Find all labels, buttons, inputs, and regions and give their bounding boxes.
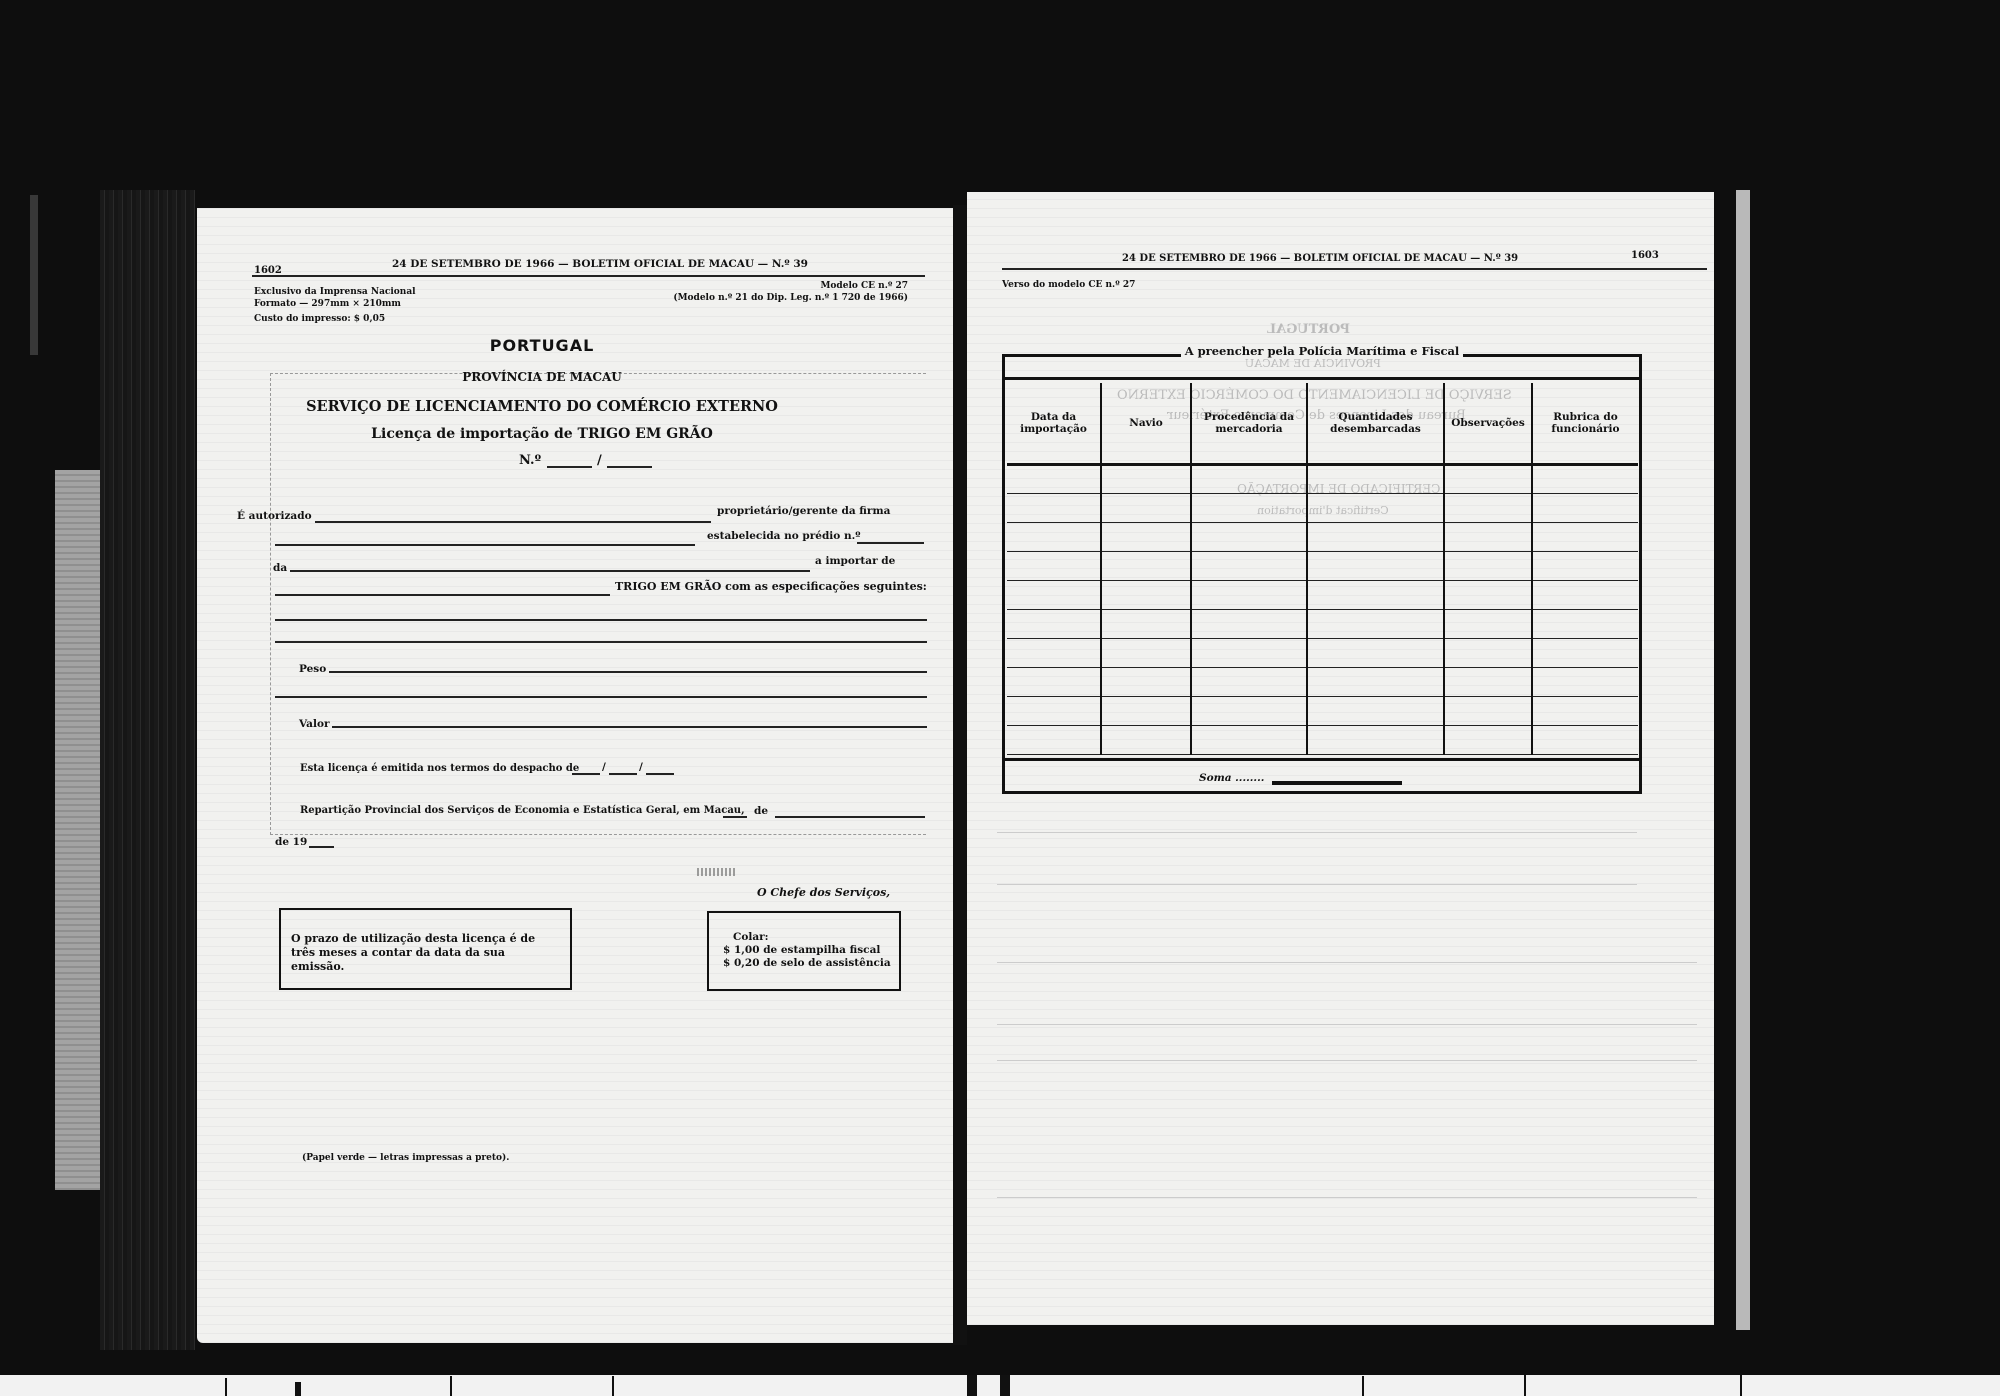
service-title: SERVIÇO DE LICENCIAMENTO DO COMÉRCIO EXT…: [197, 398, 887, 415]
license-title: Licença de importação de TRIGO EM GRÃO: [197, 426, 887, 442]
importar-label: a importar de: [815, 555, 895, 567]
table-cell[interactable]: [1532, 696, 1638, 725]
table-cell[interactable]: [1191, 522, 1307, 551]
bleed-line: [997, 1024, 1697, 1025]
valor-label: Valor: [299, 718, 330, 730]
table-cell[interactable]: [1007, 696, 1101, 725]
table-cell[interactable]: [1007, 725, 1101, 754]
running-header: 24 DE SETEMBRO DE 1966 — BOLETIM OFICIAL…: [1122, 253, 1518, 264]
table-cell[interactable]: [1191, 493, 1307, 522]
table-cell[interactable]: [1444, 522, 1532, 551]
table-header-row: Data da importação Navio Procedência da …: [1007, 383, 1638, 464]
trigo-label: TRIGO EM GRÃO com as especificações segu…: [615, 580, 927, 593]
film-mark: [225, 1378, 227, 1396]
sum-field[interactable]: [1272, 781, 1402, 785]
table-cell[interactable]: [1444, 725, 1532, 754]
firma-field[interactable]: [275, 544, 695, 546]
running-header: 24 DE SETEMBRO DE 1966 — BOLETIM OFICIAL…: [392, 258, 808, 270]
spec-line-2[interactable]: [275, 641, 927, 643]
number-label: N.º: [519, 453, 541, 468]
table-row: [1007, 667, 1638, 696]
table-cell[interactable]: [1307, 522, 1444, 551]
col-observacoes: Observações: [1444, 383, 1532, 464]
table-cell[interactable]: [1444, 667, 1532, 696]
film-mark: [1000, 1375, 1010, 1396]
table-cell[interactable]: [1191, 464, 1307, 493]
footnote: (Papel verde — letras impressas a preto)…: [302, 1153, 509, 1163]
table-cell[interactable]: [1101, 696, 1191, 725]
meta-formato: Formato — 297mm × 210mm: [254, 298, 416, 310]
table-cell[interactable]: [1532, 667, 1638, 696]
film-mark: [450, 1376, 452, 1396]
meta-left: Exclusivo da Imprensa Nacional Formato —…: [254, 286, 416, 325]
table-cell[interactable]: [1307, 464, 1444, 493]
table-cell[interactable]: [1191, 725, 1307, 754]
film-mark: [967, 1375, 977, 1396]
table-cell[interactable]: [1307, 725, 1444, 754]
table-row: [1007, 493, 1638, 522]
table-cell[interactable]: [1007, 522, 1101, 551]
table-cell[interactable]: [1532, 464, 1638, 493]
stamp-fiscal: $ 1,00 de estampilha fiscal: [723, 944, 899, 957]
bleed-line: [997, 1197, 1697, 1198]
autorizado-field[interactable]: [315, 521, 711, 523]
table-cell[interactable]: [1101, 551, 1191, 580]
year-label: de 19: [275, 836, 307, 848]
table-row: [1007, 551, 1638, 580]
valor-field[interactable]: [332, 726, 927, 728]
table-cell[interactable]: [1444, 696, 1532, 725]
modelo-ref: (Modelo n.º 21 do Dip. Leg. n.º 1 720 de…: [673, 292, 908, 304]
table-row: [1007, 522, 1638, 551]
despacho-month-field[interactable]: [609, 773, 637, 775]
predio-field[interactable]: [857, 542, 924, 544]
table-row: [1007, 580, 1638, 609]
despacho-label: Esta licença é emitida nos termos do des…: [300, 763, 579, 774]
despacho-day-field[interactable]: [572, 773, 600, 775]
table-cell[interactable]: [1307, 609, 1444, 638]
bleed-line: [997, 962, 1697, 963]
table-cell[interactable]: [1444, 464, 1532, 493]
table-cell[interactable]: [1007, 493, 1101, 522]
table-row: [1007, 464, 1638, 493]
table-cell[interactable]: [1101, 522, 1191, 551]
sum-rule: [1005, 758, 1639, 761]
signature-stamp: [697, 868, 737, 876]
film-mark: [295, 1382, 301, 1396]
book-gutter: [953, 205, 967, 1345]
validity-notice-box: O prazo de utilização desta licença é de…: [279, 908, 572, 990]
table-cell[interactable]: [1007, 464, 1101, 493]
bleed-country: PORTUGAL: [1267, 322, 1350, 337]
despacho-sep-1: /: [602, 761, 606, 773]
table-cell[interactable]: [1101, 493, 1191, 522]
despacho-year-field[interactable]: [646, 773, 674, 775]
table-cell[interactable]: [1191, 667, 1307, 696]
table-cell[interactable]: [1101, 580, 1191, 609]
table-cell[interactable]: [1532, 580, 1638, 609]
origem-field[interactable]: [275, 594, 610, 596]
table-cell[interactable]: [1307, 667, 1444, 696]
table-body: [1007, 464, 1638, 754]
col-quantidades: Quantidades desembarcadas: [1307, 383, 1444, 464]
page-number: 1603: [1631, 250, 1659, 261]
stamp-colar: Colar:: [733, 931, 899, 944]
reparticao-day-field[interactable]: [723, 816, 747, 818]
meta-exclusivo: Exclusivo da Imprensa Nacional: [254, 286, 416, 298]
table-cell[interactable]: [1444, 551, 1532, 580]
table-cell[interactable]: [1191, 551, 1307, 580]
bleed-line: [997, 1060, 1697, 1061]
table-cell[interactable]: [1444, 638, 1532, 667]
reparticao-label: Repartição Provincial dos Serviços de Ec…: [300, 805, 745, 816]
left-page: 1602 24 DE SETEMBRO DE 1966 — BOLETIM OF…: [197, 208, 953, 1343]
table-cell[interactable]: [1191, 638, 1307, 667]
number-field-1[interactable]: [547, 466, 592, 468]
spec-line-1[interactable]: [275, 619, 927, 621]
film-mark: [1362, 1376, 1364, 1396]
right-page: PORTUGAL PROVÍNCIA DE MACAU SERVIÇO DE L…: [967, 192, 1714, 1325]
stamp-box: Colar: $ 1,00 de estampilha fiscal $ 0,2…: [707, 911, 901, 991]
da-field[interactable]: [290, 570, 810, 572]
table-caption-text: A preencher pela Polícia Marítima e Fisc…: [1181, 344, 1464, 358]
table-cell[interactable]: [1307, 638, 1444, 667]
sum-label: Soma ........: [1199, 772, 1264, 784]
table-cell[interactable]: [1532, 551, 1638, 580]
film-bottom-strip: [0, 1375, 2000, 1396]
estabelecida-label: estabelecida no prédio n.º: [707, 530, 861, 542]
table-cell[interactable]: [1532, 609, 1638, 638]
table-cell[interactable]: [1532, 522, 1638, 551]
header-rule: [1002, 268, 1707, 270]
modelo-label: Modelo CE n.º 27: [673, 280, 908, 292]
film-mark: [612, 1376, 614, 1396]
bleed-line: [997, 884, 1637, 885]
da-label: da: [273, 562, 287, 574]
table-cell[interactable]: [1007, 638, 1101, 667]
reparticao-month-field[interactable]: [775, 816, 925, 818]
book-page-stack: [100, 190, 195, 1350]
film-mark: [1740, 1375, 1742, 1396]
table-cell[interactable]: [1191, 609, 1307, 638]
table-cell[interactable]: [1101, 725, 1191, 754]
peso-label: Peso: [299, 663, 326, 675]
col-procedencia: Procedência da mercadoria: [1191, 383, 1307, 464]
table-cell[interactable]: [1307, 580, 1444, 609]
table-cell[interactable]: [1307, 696, 1444, 725]
meta-custo: Custo do impresso: $ 0,05: [254, 313, 416, 325]
table-cell[interactable]: [1007, 551, 1101, 580]
bleed-line: [997, 832, 1637, 833]
table-cell[interactable]: [1101, 609, 1191, 638]
table-cell[interactable]: [1007, 609, 1101, 638]
table-row: [1007, 696, 1638, 725]
table-cell[interactable]: [1307, 551, 1444, 580]
table-cell[interactable]: [1101, 667, 1191, 696]
number-separator: /: [597, 453, 602, 468]
col-data: Data da importação: [1007, 383, 1101, 464]
table-cell[interactable]: [1191, 580, 1307, 609]
caption-rule: [1005, 377, 1639, 380]
film-mark: [1524, 1375, 1526, 1396]
table-cell[interactable]: [1191, 696, 1307, 725]
table-cell[interactable]: [1007, 667, 1101, 696]
despacho-sep-2: /: [639, 761, 643, 773]
table-cell[interactable]: [1444, 580, 1532, 609]
header-rule: [252, 275, 925, 277]
film-edge-mark: [30, 195, 38, 355]
col-rubrica: Rubrica do funcionário: [1532, 383, 1638, 464]
country-title: PORTUGAL: [197, 336, 887, 355]
peso-field[interactable]: [329, 671, 927, 673]
table-caption: A preencher pela Polícia Marítima e Fisc…: [1002, 344, 1642, 358]
col-navio: Navio: [1101, 383, 1191, 464]
table-cell[interactable]: [1532, 638, 1638, 667]
table-cell[interactable]: [1101, 464, 1191, 493]
reparticao-de: de: [754, 805, 768, 817]
number-field-2[interactable]: [607, 466, 652, 468]
table-cell[interactable]: [1532, 493, 1638, 522]
province-title: PROVÍNCIA DE MACAU: [197, 370, 887, 384]
table-cell[interactable]: [1532, 725, 1638, 754]
verso-label: Verso do modelo CE n.º 27: [1002, 280, 1135, 290]
import-table: Data da importação Navio Procedência da …: [1007, 383, 1638, 755]
stamp-assistencia: $ 0,20 de selo de assistência: [723, 957, 899, 970]
meta-right: Modelo CE n.º 27 (Modelo n.º 21 do Dip. …: [673, 280, 908, 304]
autorizado-label: É autorizado: [237, 510, 312, 522]
table-cell[interactable]: [1444, 609, 1532, 638]
proprietario-label: proprietário/gerente da firma: [717, 505, 890, 517]
table-cell[interactable]: [1007, 580, 1101, 609]
table-row: [1007, 609, 1638, 638]
table-cell[interactable]: [1101, 638, 1191, 667]
film-edge-strip: [55, 470, 100, 1190]
table-row: [1007, 725, 1638, 754]
signature-title: O Chefe dos Serviços,: [757, 886, 890, 899]
book-edge-right: [1736, 190, 1750, 1330]
table-row: [1007, 638, 1638, 667]
table-cell[interactable]: [1444, 493, 1532, 522]
year-field[interactable]: [309, 846, 334, 848]
validity-notice: O prazo de utilização desta licença é de…: [291, 932, 560, 974]
peso-line-2[interactable]: [275, 696, 927, 698]
table-cell[interactable]: [1307, 493, 1444, 522]
